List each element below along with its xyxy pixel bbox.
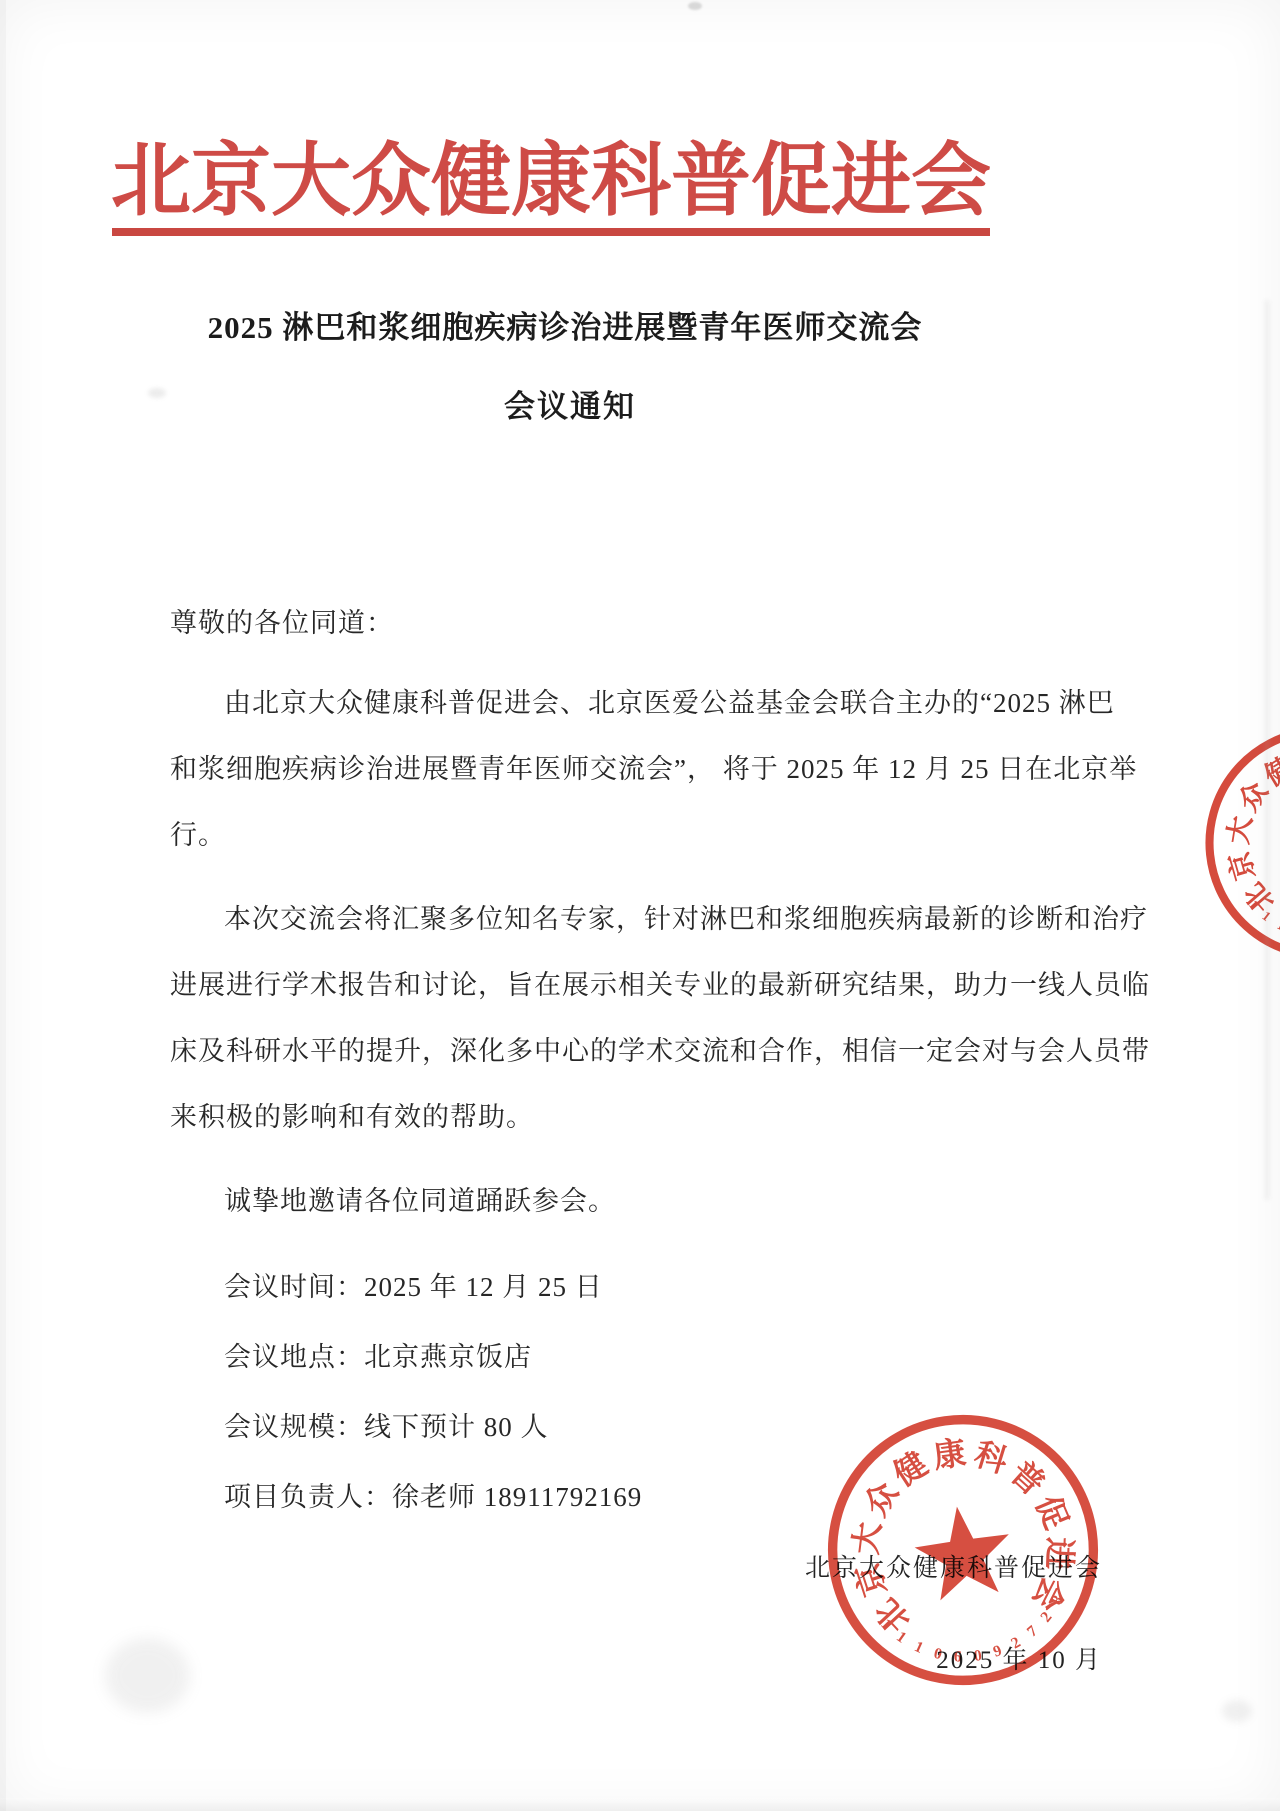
scanned-notice-page: 北京大众健康科普促进会 2025 淋巴和浆细胞疾病诊治进展暨青年医师交流会 会议…	[0, 0, 1280, 1811]
document-subtitle: 会议通知	[40, 381, 1100, 426]
svg-text:7: 7	[1024, 1622, 1041, 1640]
paragraph2-line4: 来积极的影响和有效的帮助。	[170, 1104, 534, 1131]
svg-text:健: 健	[887, 1445, 934, 1493]
paragraph1-line2: 和浆细胞疾病诊治进展暨青年医师交流会”， 将于 2025 年 12 月 25 日…	[170, 756, 1137, 783]
scan-edge-shadow-right	[1264, 300, 1270, 1200]
svg-text:促: 促	[1029, 1490, 1075, 1534]
scan-smudge	[688, 2, 702, 10]
svg-text:会: 会	[1026, 1571, 1073, 1616]
detail-meeting-place: 会议地点：北京燕京饭店	[224, 1344, 532, 1371]
paragraph2-line3: 床及科研水平的提升，深化多中心的学术交流和合作，相信一定会对与会人员带	[170, 1038, 1150, 1065]
paragraph1-line1: 由北京大众健康科普促进会、北京医爱公益基金会联合主办的“2025 淋巴	[224, 690, 1115, 717]
svg-text:京: 京	[849, 1559, 893, 1601]
svg-text:普: 普	[1004, 1454, 1052, 1502]
letterhead-rule	[112, 228, 990, 236]
svg-text:科: 科	[971, 1436, 1013, 1480]
detail-project-leader: 项目负责人：徐老师 18911792169	[224, 1484, 642, 1511]
paragraph1-line3: 行。	[170, 822, 226, 849]
svg-text:进: 进	[1041, 1537, 1078, 1571]
svg-text:京: 京	[1222, 848, 1261, 884]
scan-edge-shadow-left	[0, 0, 6, 1811]
scan-edge-shadow-bottom	[0, 1798, 1280, 1811]
svg-text:大: 大	[1222, 814, 1258, 847]
svg-text:大: 大	[847, 1520, 887, 1556]
svg-text:2: 2	[1008, 1634, 1023, 1653]
svg-text:众: 众	[857, 1476, 905, 1522]
scan-smudge	[105, 1638, 190, 1713]
paragraph2-line1: 本次交流会将汇聚多位知名专家，针对淋巴和浆细胞疾病最新的诊断和治疗	[224, 906, 1148, 933]
seal-star	[910, 1500, 1017, 1603]
svg-text:9: 9	[991, 1642, 1004, 1661]
svg-text:康: 康	[931, 1434, 968, 1474]
paragraph2-line2: 进展进行学术报告和讨论，旨在展示相关专业的最新研究结果，助力一线人员临	[170, 972, 1150, 999]
svg-text:0: 0	[973, 1647, 983, 1665]
svg-text:1: 1	[912, 1638, 926, 1657]
detail-meeting-time: 会议时间：2025 年 12 月 25 日	[224, 1274, 603, 1301]
svg-text:1: 1	[1275, 917, 1280, 934]
org-seal-svg: 北京大众健康科普促进会11106092728	[798, 1385, 1128, 1715]
svg-text:0: 0	[932, 1645, 944, 1663]
detail-meeting-scale: 会议规模：线下预计 80 人	[224, 1414, 549, 1441]
org-seal-stamp: 北京大众健康科普促进会11106092728	[798, 1385, 1128, 1715]
scan-smudge	[1222, 1700, 1252, 1722]
svg-text:6: 6	[953, 1648, 962, 1665]
invitation-line: 诚挚地邀请各位同道踊跃参会。	[224, 1188, 616, 1215]
greeting-line: 尊敬的各位同道：	[170, 610, 394, 637]
letterhead-org-name: 北京大众健康科普促进会	[110, 138, 992, 238]
document-title: 2025 淋巴和浆细胞疾病诊治进展暨青年医师交流会	[35, 302, 1095, 347]
